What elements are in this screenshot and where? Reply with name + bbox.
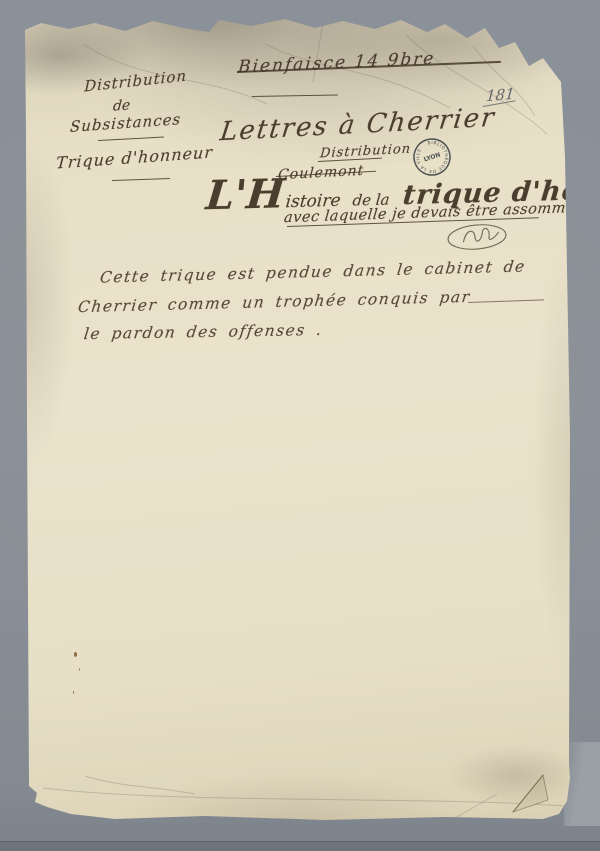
paraph-monogram bbox=[444, 219, 510, 254]
margin-note-line2: de bbox=[112, 97, 130, 114]
mat-bottom-edge bbox=[0, 841, 600, 851]
foxing-spots bbox=[74, 652, 77, 657]
manuscript-page: Bienfaisce 14 9bre 181 Distribution de S… bbox=[25, 16, 571, 824]
mat-light-patch bbox=[564, 742, 600, 826]
scanned-manuscript-photo: Bienfaisce 14 9bre 181 Distribution de S… bbox=[0, 0, 600, 851]
heading-initial: L'H bbox=[205, 178, 286, 212]
stamp-center-text: LYON bbox=[423, 151, 441, 163]
